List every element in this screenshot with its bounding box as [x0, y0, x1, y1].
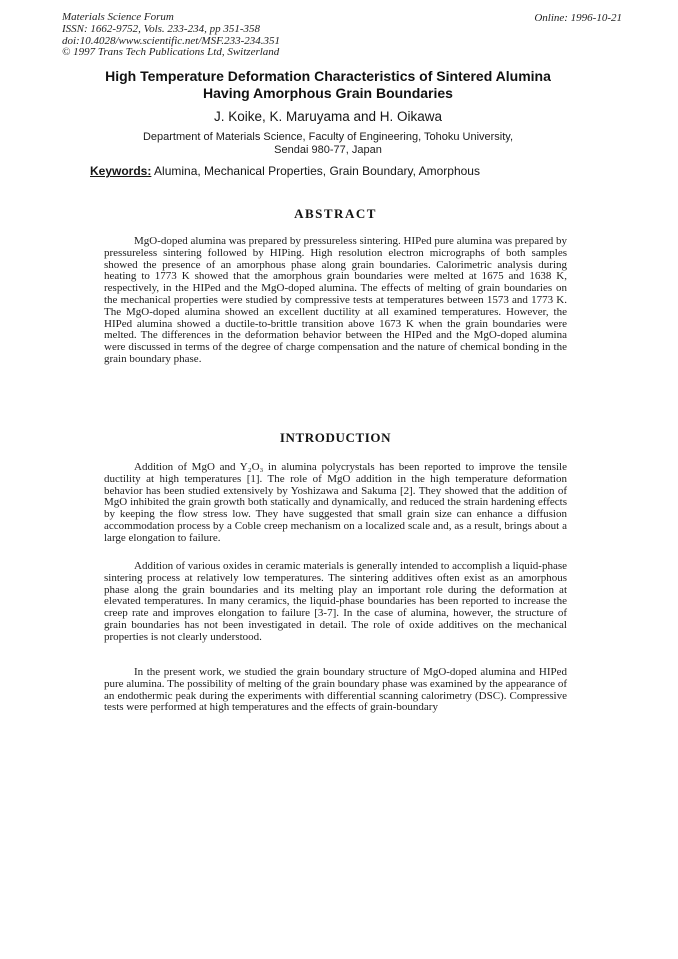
- issn-line: ISSN: 1662-9752, Vols. 233-234, pp 351-3…: [62, 24, 280, 36]
- abstract-heading: ABSTRACT: [104, 206, 567, 222]
- copyright-line: © 1997 Trans Tech Publications Ltd, Swit…: [62, 47, 280, 59]
- affiliation-line-1: Department of Materials Science, Faculty…: [20, 131, 636, 144]
- online-date: Online: 1996-10-21: [534, 12, 622, 24]
- introduction-heading: INTRODUCTION: [104, 430, 567, 446]
- authors: J. Koike, K. Maruyama and H. Oikawa: [20, 109, 636, 124]
- bibliographic-header: Materials Science Forum ISSN: 1662-9752,…: [62, 12, 280, 59]
- title-block: High Temperature Deformation Characteris…: [20, 68, 636, 157]
- paper-title-line-2: Having Amorphous Grain Boundaries: [20, 85, 636, 102]
- affiliation-line-2: Sendai 980-77, Japan: [20, 144, 636, 157]
- affiliation: Department of Materials Science, Faculty…: [20, 131, 636, 157]
- introduction-paragraph-1: Addition of MgO and Y₂O₃ in alumina poly…: [104, 462, 567, 545]
- paper-title-line-1: High Temperature Deformation Characteris…: [20, 68, 636, 85]
- keywords-line: Keywords: Alumina, Mechanical Properties…: [90, 164, 480, 178]
- document-page: Materials Science Forum ISSN: 1662-9752,…: [0, 0, 678, 959]
- keywords-label: Keywords:: [90, 164, 151, 178]
- paper-title: High Temperature Deformation Characteris…: [20, 68, 636, 102]
- keywords-values: Alumina, Mechanical Properties, Grain Bo…: [151, 164, 480, 178]
- abstract-paragraph: MgO-doped alumina was prepared by pressu…: [104, 236, 567, 366]
- introduction-paragraph-3: In the present work, we studied the grai…: [104, 667, 567, 714]
- introduction-paragraph-2: Addition of various oxides in ceramic ma…: [104, 561, 567, 644]
